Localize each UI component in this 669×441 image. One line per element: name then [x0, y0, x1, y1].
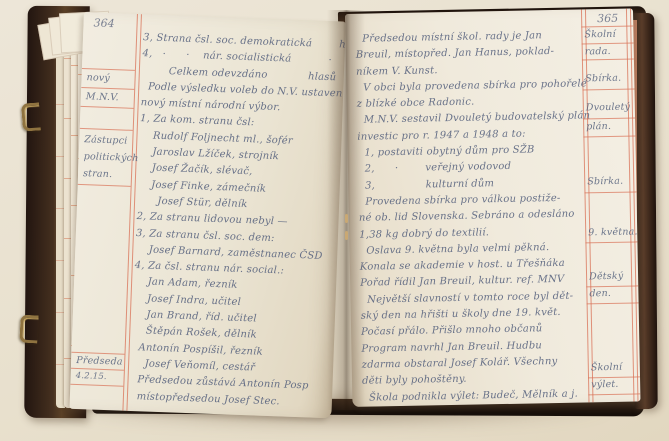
page-number-left: 364: [93, 16, 114, 30]
margin-note: 9. května.: [588, 226, 634, 238]
margin-note: Dětský: [589, 270, 635, 282]
margin-rule-horizontal: [70, 384, 123, 387]
margin-rule-horizontal: [82, 68, 135, 71]
margin-note: den.: [589, 287, 635, 299]
margin-rule-horizontal: [81, 87, 134, 90]
handwritten-text-right: Předsedou místní škol. rady je Jan Breui…: [355, 27, 594, 406]
margin-note: plán.: [586, 121, 632, 133]
margin-note: rada.: [585, 46, 631, 58]
margin-note: výlet.: [591, 378, 637, 390]
margin-note: Předseda: [76, 355, 122, 368]
margin-note: Školní: [584, 29, 630, 41]
right-page: 365 Školní rada. Sbírka. Dvouletý plán. …: [345, 8, 640, 406]
margin-note: Dvouletý: [586, 102, 632, 114]
brass-clasp-icon: [21, 102, 41, 131]
margin-note: 4.2.15.: [75, 371, 121, 383]
margin-rule-horizontal: [78, 184, 131, 187]
margin-note: Školní: [591, 361, 637, 373]
margin-note: Sbírka.: [587, 175, 633, 187]
margin-note: politických: [84, 151, 130, 164]
margin-rule-horizontal: [80, 128, 133, 131]
left-page: 364 nový M.N.V. Zástupci politických str…: [69, 12, 345, 418]
photo-of-open-chronicle-book: 364 nový M.N.V. Zástupci politických str…: [0, 0, 669, 441]
binding-stitch: [345, 214, 348, 223]
margin-rule-horizontal: [81, 106, 134, 109]
margin-note: Zástupci: [84, 134, 130, 147]
handwritten-text-left: 3, Strana čsl. soc. demokratická hlasů 4…: [130, 30, 344, 412]
margin-note: M.N.V.: [86, 91, 132, 104]
brass-clasp-icon: [19, 315, 38, 344]
binding-stitch: [345, 231, 348, 240]
margin-note: Sbírka.: [585, 73, 631, 85]
margin-note: nový: [86, 72, 132, 85]
page-number-right: 365: [597, 12, 618, 25]
margin-note: stran.: [83, 168, 129, 181]
